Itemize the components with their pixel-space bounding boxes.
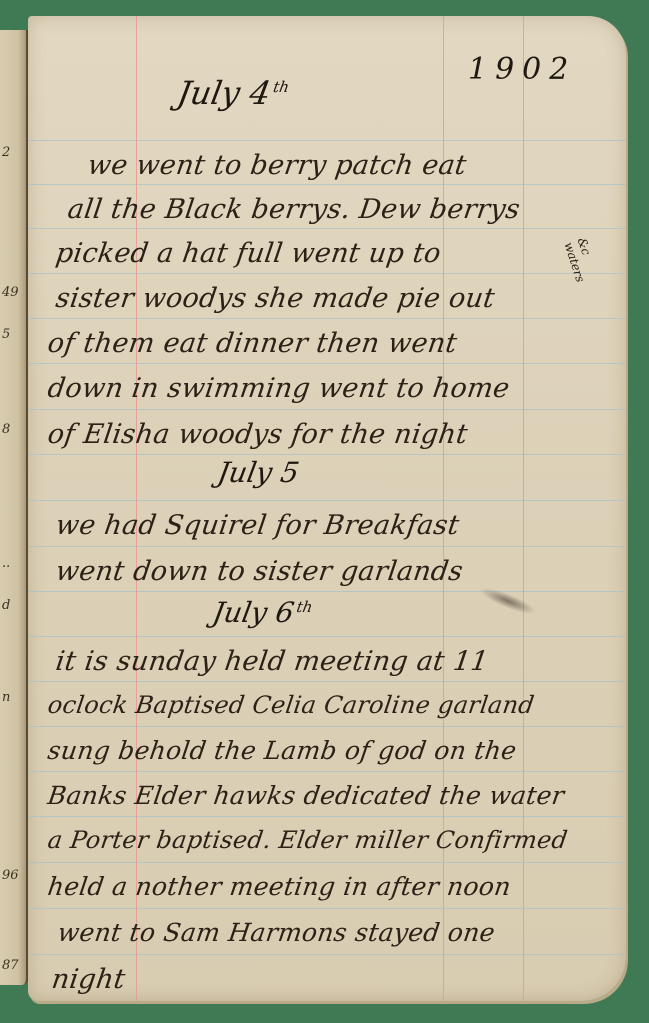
entry-line: sister woodys she made pie out xyxy=(54,283,618,314)
ruled-line xyxy=(28,816,626,817)
edge-number: 8 xyxy=(2,422,10,437)
entry-line: sung behold the Lamb of god on the xyxy=(46,736,618,765)
ruled-line xyxy=(28,681,626,682)
ink-smudge xyxy=(478,583,539,618)
ruled-line xyxy=(28,454,626,455)
entry-line: of Elisha woodys for the night xyxy=(46,419,618,450)
entry-line: we had Squirel for Breakfast xyxy=(54,510,618,541)
entry-line: Banks Elder hawks dedicated the water xyxy=(46,781,618,810)
entry-line: it is sunday held meeting at 11 xyxy=(54,646,618,677)
entry-line: went down to sister garlands xyxy=(54,556,618,587)
date-suffix: th xyxy=(295,598,314,616)
edge-number: 87 xyxy=(2,958,19,973)
edge-number: 2 xyxy=(2,145,10,160)
year: 1902 xyxy=(468,52,576,87)
ruled-line xyxy=(28,409,626,410)
entry-date-heading: July 5 xyxy=(215,456,302,489)
entry-line: of them eat dinner then went xyxy=(46,328,618,359)
ruled-line xyxy=(28,500,626,501)
diary-page: July 4th 1902 we went to berry patch eat… xyxy=(28,16,626,1001)
entry-line: held a nother meeting in after noon xyxy=(46,872,618,901)
entry-date-heading: July 4th xyxy=(175,74,292,112)
ruled-line xyxy=(28,318,626,319)
entry-line: picked a hat full went up to xyxy=(54,238,618,269)
entry-line: a Porter baptised. Elder miller Confirme… xyxy=(46,826,618,854)
edge-number: n xyxy=(2,690,10,705)
entry-line: oclock Baptised Celia Caroline garland xyxy=(46,691,618,719)
edge-number: d xyxy=(2,598,10,613)
ruled-line xyxy=(28,591,626,592)
ruled-line xyxy=(28,273,626,274)
entry-line: down in swimming went to home xyxy=(46,373,618,404)
ruled-line xyxy=(28,184,626,185)
entry-date-heading: July 6th xyxy=(210,596,314,629)
ruled-line xyxy=(28,363,626,364)
date-text: July 5 xyxy=(215,456,302,489)
ruled-line xyxy=(28,771,626,772)
ruled-line xyxy=(28,140,626,141)
date-text: July 4 xyxy=(175,74,274,112)
entry-line: all the Black berrys. Dew berrys xyxy=(66,194,618,225)
edge-number: 96 xyxy=(2,868,19,883)
ruled-line xyxy=(28,954,626,955)
ruled-line xyxy=(28,726,626,727)
entry-line: went to Sam Harmons stayed one xyxy=(56,918,618,947)
ruled-line xyxy=(28,228,626,229)
ruled-line xyxy=(28,636,626,637)
date-text: July 6 xyxy=(210,596,297,629)
ruled-line xyxy=(28,862,626,863)
edge-number: .. xyxy=(2,556,10,571)
facing-page-edge: 2 49 5 8 .. d n 96 87 xyxy=(0,30,28,985)
ruled-line xyxy=(28,908,626,909)
date-suffix: th xyxy=(272,78,291,96)
edge-number: 49 xyxy=(2,285,19,300)
edge-number: 5 xyxy=(2,327,10,342)
entry-line: night xyxy=(50,964,618,995)
ruled-line xyxy=(28,546,626,547)
entry-line: we went to berry patch eat xyxy=(86,150,618,181)
